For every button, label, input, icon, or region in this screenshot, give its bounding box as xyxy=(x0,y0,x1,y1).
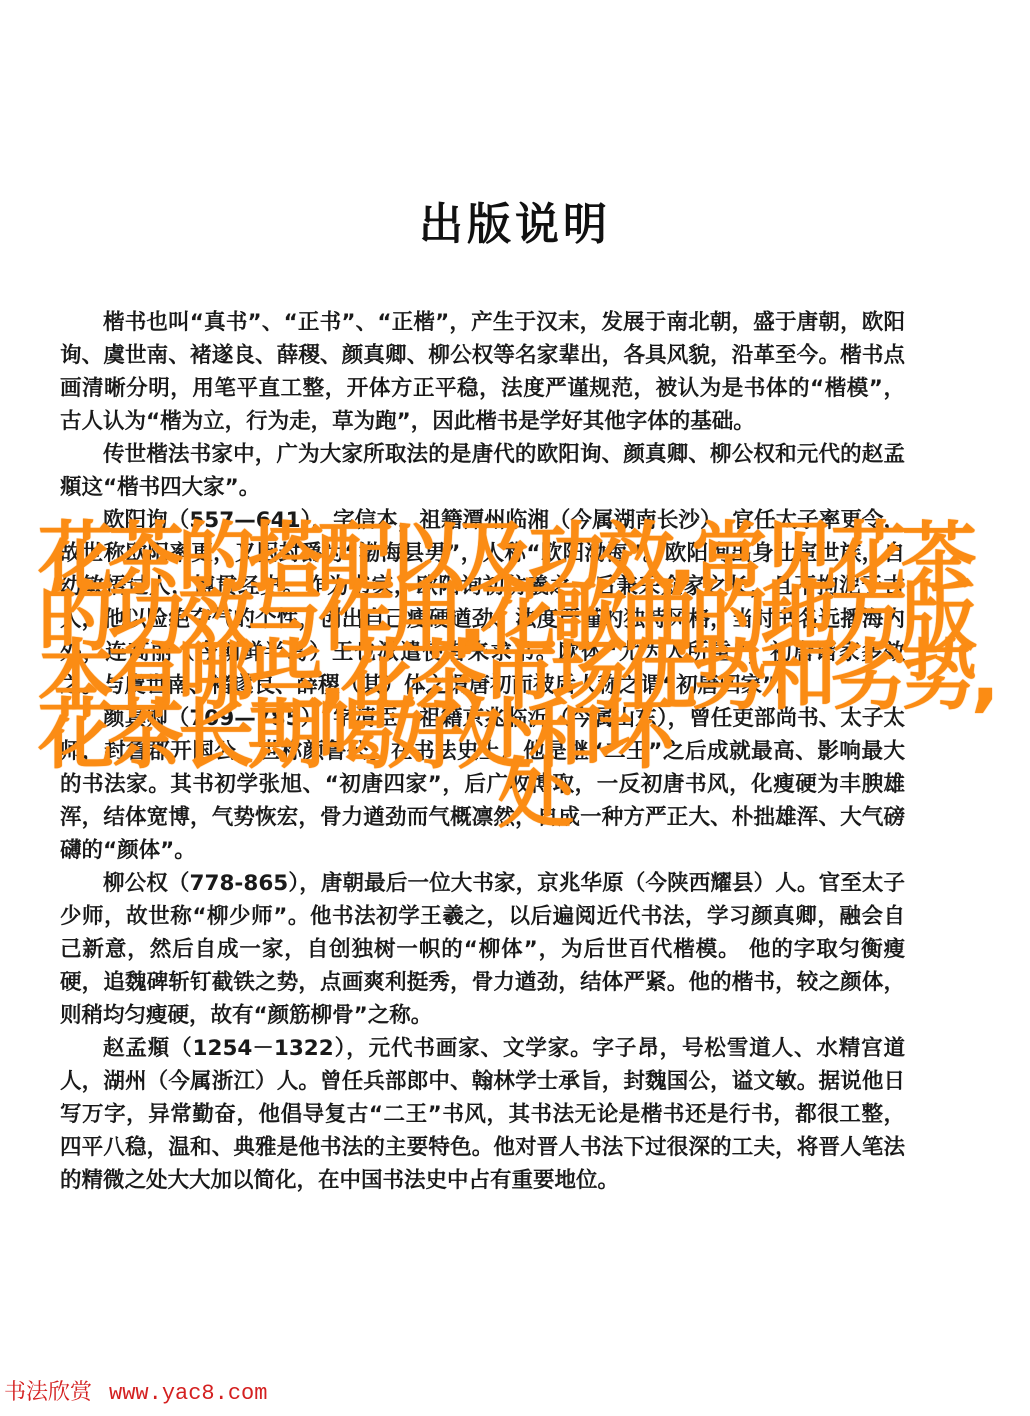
overlay-headline: 花茶的搭配以及功效,常见花茶的功效与作用,花歌曲的地方版本有哪些,花茶市场优势和… xyxy=(38,528,1028,823)
overlay-headline-main: 花茶的搭配以及功效,常见花茶的功效与作用,花歌曲的地方版本有哪些,花茶市场优势和… xyxy=(38,513,994,779)
paragraph-intro: 楷书也叫“真书”、“正书”、“正楷”，产生于汉末，发展于南北朝，盛于唐朝，欧阳询… xyxy=(60,306,905,438)
paragraph-liu-gongquan: 柳公权（778-865），唐朝最后一位大书家，京兆华原（今陕西耀县）人。官至太子… xyxy=(60,867,905,1032)
page-title: 出版说明 xyxy=(0,188,1030,252)
site-watermark: 书法欣赏 www.yac8.com xyxy=(4,1375,267,1406)
watermark-url[interactable]: www.yac8.com xyxy=(109,1381,267,1406)
paragraph-four-masters: 传世楷法书家中，广为大家所取法的是唐代的欧阳询、颜真卿、柳公权和元代的赵孟頫这“… xyxy=(60,438,905,504)
paragraph-zhao-mengfu: 赵孟頫（1254－1322），元代书画家、文学家。字子昂，号松雪道人、水精宫道人… xyxy=(60,1032,905,1197)
watermark-label: 书法欣赏 xyxy=(4,1380,92,1405)
